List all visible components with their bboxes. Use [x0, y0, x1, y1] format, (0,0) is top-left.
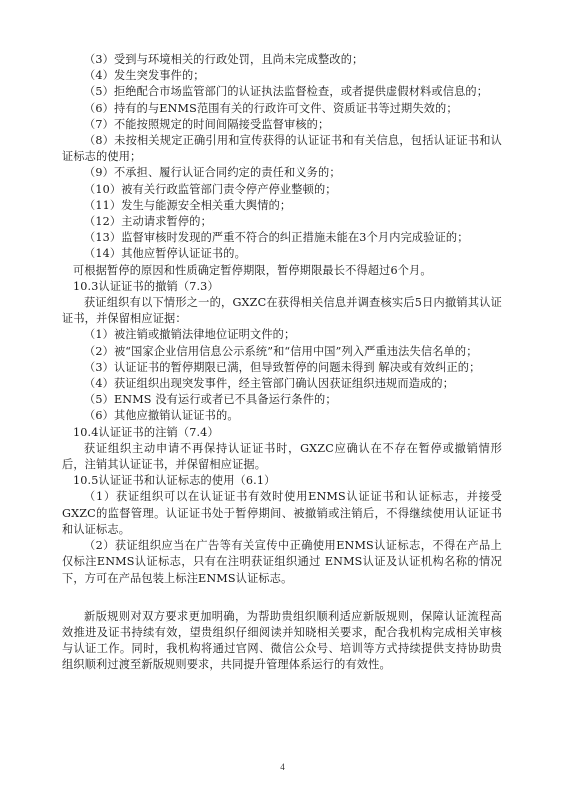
section-heading-10-4: 10.4认证证书的注销（7.4） — [62, 425, 502, 441]
section-heading-10-5: 10.5认证证书和认证标志的使用（6.1） — [62, 473, 502, 489]
document-page: （3）受到与环境相关的行政处罚，且尚未完成整改的； （4）发生突发事件的； （5… — [62, 52, 502, 674]
spacer — [62, 587, 502, 609]
list-item: （3）受到与环境相关的行政处罚，且尚未完成整改的； — [62, 52, 502, 68]
list-item: （4）发生突发事件的； — [62, 68, 502, 84]
list-item: （1）被注销或撤销法律地位证明文件的； — [62, 327, 502, 343]
list-item: （5）ENMS 没有运行或者已不具备运行条件的； — [62, 392, 502, 408]
section-heading-10-3: 10.3认证证书的撤销（7.3） — [62, 279, 502, 295]
page-number: 4 — [0, 762, 565, 772]
list-item: （13）监督审核时发现的严重不符合的纠正措施未能在3个月内完成验证的； — [62, 230, 502, 246]
suspension-note: 可根据暂停的原因和性质确定暂停期限，暂停期限最长不得超过6个月。 — [62, 263, 502, 279]
list-item: （2）被“国家企业信用信息公示系统”和“信用中国”列入严重违法失信名单的； — [62, 344, 502, 360]
closing-paragraph: 新版规则对双方要求更加明确，为帮助贵组织顺利适应新版规则，保障认证流程高效推进及… — [62, 609, 502, 674]
list-item: （8）未按相关规定正确引用和宣传获得的认证证书和有关信息，包括认证证书和认证标志… — [62, 133, 502, 165]
list-item: （12）主动请求暂停的； — [62, 214, 502, 230]
section-10-3-intro: 获证组织有以下情形之一的，GXZC在获得相关信息并调查核实后5日内撤销其认证证书… — [62, 295, 502, 327]
list-item: （7）不能按照规定的时间间隔接受监督审核的； — [62, 117, 502, 133]
list-item: （10）被有关行政监管部门责令停产停业整顿的； — [62, 182, 502, 198]
list-item: （9）不承担、履行认证合同约定的责任和义务的； — [62, 165, 502, 181]
list-item: （3）认证证书的暂停期限已满，但导致暂停的问题未得到 解决或有效纠正的； — [62, 360, 502, 376]
list-item: （14）其他应暂停认证证书的。 — [62, 246, 502, 262]
list-item: （4）获证组织出现突发事件，经主管部门确认因获证组织违规而造成的； — [62, 376, 502, 392]
list-item: （2）获证组织应当在广告等有关宣传中正确使用ENMS认证标志，不得在产品上仅标注… — [62, 538, 502, 587]
list-item: （11）发生与能源安全相关重大舆情的； — [62, 198, 502, 214]
section-10-4-body: 获证组织主动申请不再保持认证证书时，GXZC应确认在不存在暂停或撤销情形后，注销… — [62, 441, 502, 473]
list-item: （6）其他应撤销认证证书的。 — [62, 408, 502, 424]
list-item: （6）持有的与ENMS范围有关的行政许可文件、资质证书等过期失效的； — [62, 101, 502, 117]
list-item: （5）拒绝配合市场监管部门的认证执法监督检查，或者提供虚假材料或信息的； — [62, 84, 502, 100]
list-item: （1）获证组织可以在认证证书有效时使用ENMS认证证书和认证标志，并接受GXZC… — [62, 489, 502, 538]
